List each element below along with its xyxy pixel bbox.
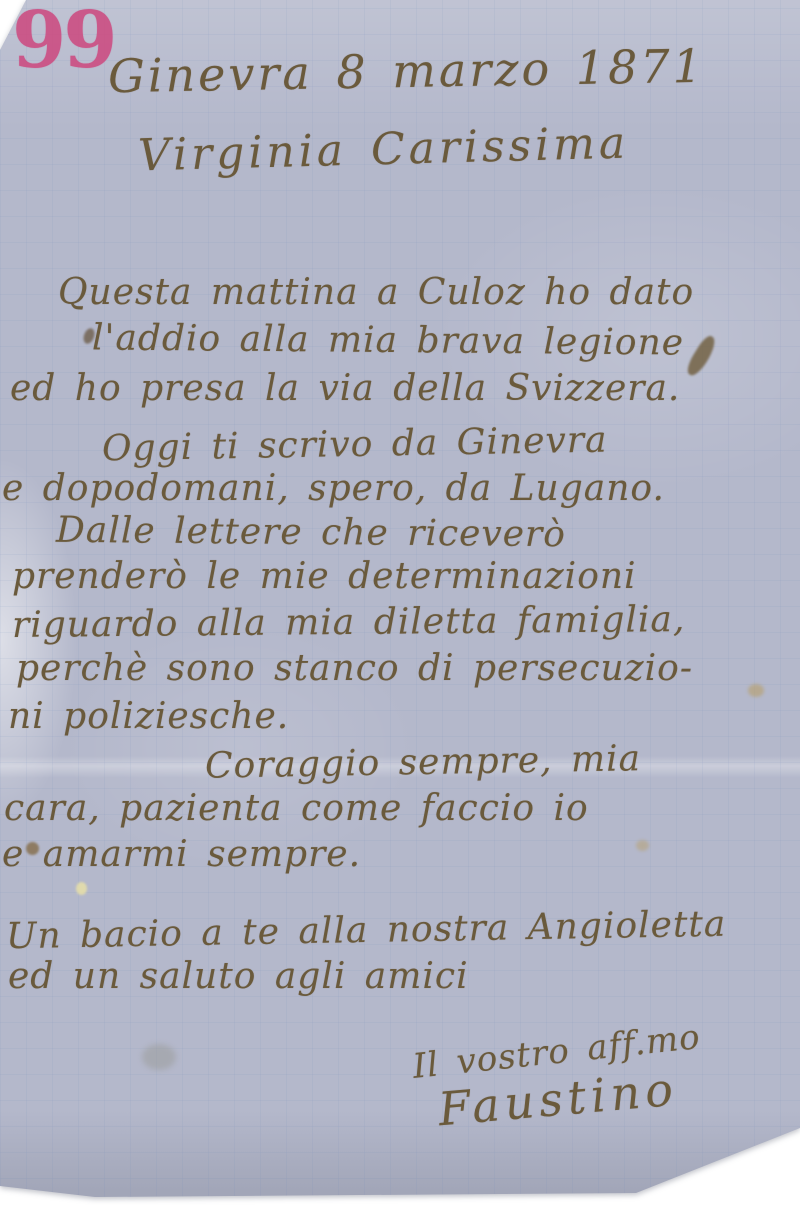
- dateline: Ginevra 8 marzo 1871: [108, 39, 706, 103]
- body-line: Questa mattina a Culoz ho dato: [58, 272, 694, 313]
- ink-stain: [26, 842, 39, 855]
- body-line: Dalle lettere che riceverò: [56, 510, 566, 555]
- body-line: prenderò le mie determinazioni: [12, 556, 637, 597]
- paper-sheet: 99 Ginevra 8 marzo 1871 Virginia Carissi…: [0, 0, 800, 1205]
- smudge-stain: [142, 1044, 176, 1070]
- foxing-spot: [748, 684, 764, 697]
- body-line: riguardo alla mia diletta famiglia,: [12, 599, 686, 646]
- foxing-spot: [636, 840, 649, 851]
- body-line: perchè sono stanco di persecuzio-: [16, 648, 693, 689]
- body-line: cara, pazienta come faccio io: [4, 788, 589, 829]
- body-line: ed un saluto agli amici: [8, 956, 469, 997]
- body-line: e amarmi sempre.: [2, 834, 361, 875]
- scan-background: 99 Ginevra 8 marzo 1871 Virginia Carissi…: [0, 0, 800, 1205]
- body-line: ed ho presa la via della Svizzera.: [10, 368, 680, 409]
- body-line: Coraggio sempre, mia: [205, 738, 642, 787]
- body-line: l'addio alla mia brava legione: [92, 317, 684, 363]
- archive-number-stamp: 99: [12, 2, 115, 80]
- body-line: ni poliziesche.: [8, 696, 289, 737]
- wax-spot: [76, 882, 87, 895]
- body-line: e dopodomani, spero, da Lugano.: [2, 468, 665, 509]
